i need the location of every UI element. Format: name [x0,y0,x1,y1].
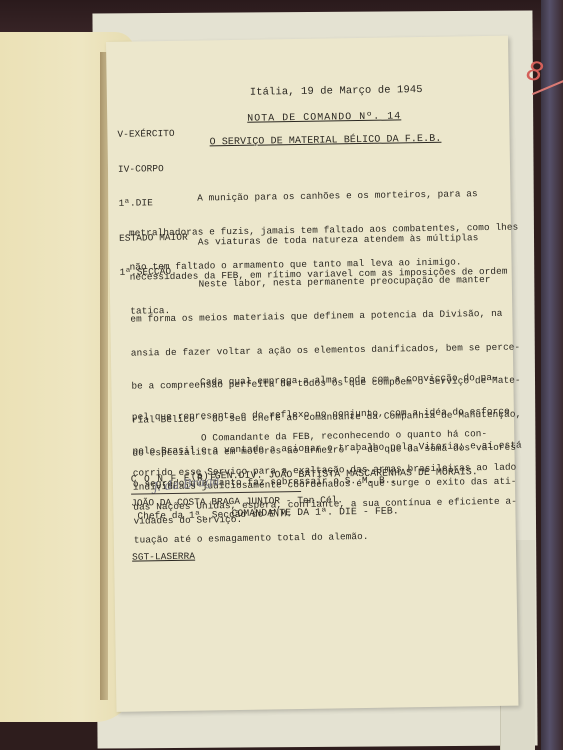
signature-name: (a) GEN.DIV. JOÃO BATISTA MASCARENHAS DE… [191,467,478,483]
document-subject: O SERVIÇO DE MATERIAL BÉLICO DA F.E.B. [210,134,442,149]
typed-document-page: 8 V-EXÉRCITO IV-CORPO 1ª.DIE ESTADO MAIO… [106,36,518,712]
text-line: Neste labor, nesta permanente preocupaçã… [130,274,510,291]
typist-initials: SGT-LASERRA [132,551,195,563]
text-line: Cada qual emprega a alma toda com a conv… [131,372,511,389]
header-line: V-EXÉRCITO [117,128,186,141]
text-line: As viaturas de toda natureza atendem às … [129,232,509,249]
date-line: Itália, 19 de Março de 1945 [250,85,423,99]
document-title: NOTA DE COMANDO Nº. 14 [247,111,401,125]
text-line: em forma os meios materiais que definem … [130,308,510,325]
text-line: A munição para os canhões e os morteiros… [128,188,508,205]
text-line: O Comandante da FEB, reconhecendo o quan… [132,428,512,445]
commander-signature: (a) GEN.DIV. JOÃO BATISTA MASCARENHAS DE… [190,444,478,542]
desk-edge [541,0,563,750]
